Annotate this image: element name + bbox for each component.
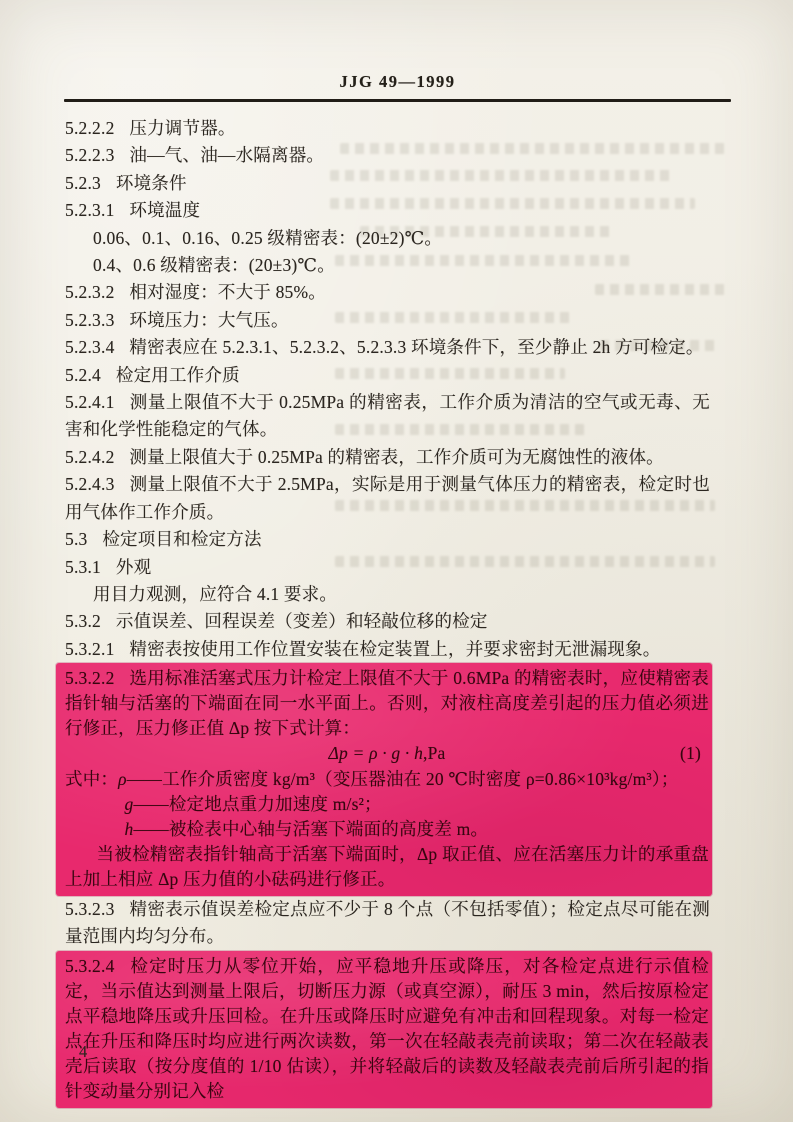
- clause-text: 检定用工作介质: [116, 365, 240, 385]
- clause-5-3: 5.3检定项目和检定方法: [65, 526, 710, 553]
- clause-text: 精密表示值误差检定点应不少于 8 个点（不包括零值）；检定点尽可能在测量范围内均…: [65, 899, 710, 946]
- clause-text: 检定时压力从零位开始，应平稳地升压或降压，对各检定点进行示值检定，当示值达到测量…: [65, 956, 709, 1101]
- document-body: 5.2.2.2压力调节器。 5.2.2.3油—气、油—水隔离器。 5.2.3环境…: [65, 115, 710, 1108]
- symbol-definition-g: g——检定地点重力加速度 m/s²；: [125, 792, 710, 817]
- clause-text: 测量上限值大于 0.25MPa 的精密表，工作介质可为无腐蚀性的液体。: [129, 447, 663, 467]
- equation-number: (1): [680, 741, 701, 766]
- clause-5-2-3-1: 5.2.3.1环境温度: [65, 197, 710, 224]
- correction-note: 当被检精密表指针轴高于活塞下端面时，Δp 取正值、应在活塞压力计的承重盘上加上相…: [65, 842, 709, 892]
- clause-5-2-3: 5.2.3环境条件: [65, 170, 710, 197]
- clause-5-3-2-4: 5.3.2.4检定时压力从零位开始，应平稳地升压或降压，对各检定点进行示值检定，…: [65, 954, 709, 1105]
- clause-number: 5.3.2.2: [65, 668, 115, 688]
- clause-number: 5.2.3.4: [65, 337, 115, 357]
- header-rule: [64, 99, 731, 102]
- clause-text: 精密表应在 5.2.3.1、5.2.3.2、5.2.3.3 环境条件下，至少静止…: [129, 337, 703, 357]
- clause-number: 5.2.4.1: [65, 392, 115, 412]
- clause-number: 5.3: [65, 529, 87, 549]
- clause-number: 5.3.1: [65, 557, 101, 577]
- clause-number: 5.3.2.3: [65, 899, 115, 919]
- clause-text: 相对湿度：不大于 85%。: [129, 282, 326, 302]
- accuracy-class-temp-line-2: 0.4、0.6 级精密表：(20±3)℃。: [65, 252, 710, 279]
- clause-number: 5.3.2.4: [65, 956, 115, 976]
- symbol-definition-h: h——被检表中心轴与活塞下端面的高度差 m。: [125, 817, 710, 842]
- definition-text: ——被检表中心轴与活塞下端面的高度差 m。: [133, 819, 488, 839]
- clause-number: 5.3.2: [65, 611, 101, 631]
- symbol-rho: ρ: [118, 769, 127, 789]
- clause-5-3-2-3: 5.3.2.3精密表示值误差检定点应不少于 8 个点（不包括零值）；检定点尽可能…: [65, 896, 710, 951]
- clause-5-2-4-2: 5.2.4.2测量上限值大于 0.25MPa 的精密表，工作介质可为无腐蚀性的液…: [65, 444, 710, 471]
- clause-number: 5.2.2.2: [65, 118, 115, 138]
- clause-number: 5.2.4.2: [65, 447, 115, 467]
- page-header: JJG 49—1999: [64, 72, 731, 102]
- clause-5-2-2-2: 5.2.2.2压力调节器。: [65, 115, 710, 142]
- clause-5-3-2-1: 5.3.2.1精密表按使用工作位置安装在检定装置上，并要求密封无泄漏现象。: [65, 636, 710, 663]
- clause-number: 5.2.3.1: [65, 200, 115, 220]
- clause-number: 5.2.3.2: [65, 282, 115, 302]
- clause-5-2-3-2: 5.2.3.2相对湿度：不大于 85%。: [65, 279, 710, 306]
- clause-text: 环境压力：大气压。: [129, 310, 288, 330]
- pressure-correction-formula: Δp = ρ · g · h,Pa(1): [65, 741, 709, 766]
- clause-text: 测量上限值不大于 2.5MPa，实际是用于测量气体压力的精密表，检定时也用气体作…: [65, 474, 710, 521]
- clause-5-2-4-1: 5.2.4.1测量上限值不大于 0.25MPa 的精密表，工作介质为清洁的空气或…: [65, 389, 710, 444]
- clause-5-3-1: 5.3.1外观: [65, 554, 710, 581]
- clause-5-2-3-4: 5.2.3.4精密表应在 5.2.3.1、5.2.3.2、5.2.3.3 环境条…: [65, 334, 710, 361]
- clause-number: 5.2.3: [65, 173, 101, 193]
- clause-number: 5.3.2.1: [65, 639, 115, 659]
- clause-5-2-4: 5.2.4检定用工作介质: [65, 362, 710, 389]
- clause-text: 选用标准活塞式压力计检定上限值不大于 0.6MPa 的精密表时，应使精密表指针轴…: [65, 668, 709, 738]
- clause-number: 5.2.2.3: [65, 145, 115, 165]
- symbol-definition-rho: 式中：ρ——工作介质密度 kg/m³（变压器油在 20 ℃时密度 ρ=0.86×…: [65, 767, 709, 792]
- clause-text: 检定项目和检定方法: [102, 529, 261, 549]
- clause-5-3-2-2: 5.3.2.2选用标准活塞式压力计检定上限值不大于 0.6MPa 的精密表时，应…: [65, 666, 709, 741]
- definition-text: ——检定地点重力加速度 m/s²；: [133, 794, 381, 814]
- where-label: 式中：: [65, 769, 118, 789]
- clause-text: 环境温度: [129, 200, 200, 220]
- clause-text: 油—气、油—水隔离器。: [129, 145, 324, 165]
- clause-text: 测量上限值不大于 0.25MPa 的精密表，工作介质为清洁的空气或无毒、无害和化…: [65, 392, 710, 439]
- visual-inspection-line: 用目力观测，应符合 4.1 要求。: [65, 581, 710, 608]
- page-number: 4: [79, 1042, 87, 1062]
- clause-text: 外观: [116, 557, 151, 577]
- clause-text: 精密表按使用工作位置安装在检定装置上，并要求密封无泄漏现象。: [129, 639, 660, 659]
- definition-text: ——工作介质密度 kg/m³（变压器油在 20 ℃时密度 ρ=0.86×10³k…: [127, 769, 679, 789]
- highlighted-clause-5-3-2-4: 5.3.2.4检定时压力从零位开始，应平稳地升压或降压，对各检定点进行示值检定，…: [56, 951, 712, 1109]
- clause-5-3-2: 5.3.2示值误差、回程误差（变差）和轻敲位移的检定: [65, 608, 710, 635]
- clause-text: 示值误差、回程误差（变差）和轻敲位移的检定: [116, 611, 488, 631]
- clause-5-2-4-3: 5.2.4.3测量上限值不大于 2.5MPa，实际是用于测量气体压力的精密表，检…: [65, 471, 710, 526]
- formula-expression: Δp = ρ · g · h: [328, 743, 423, 763]
- clause-5-2-3-3: 5.2.3.3环境压力：大气压。: [65, 307, 710, 334]
- clause-text: 环境条件: [116, 173, 187, 193]
- clause-number: 5.2.3.3: [65, 310, 115, 330]
- clause-5-2-2-3: 5.2.2.3油—气、油—水隔离器。: [65, 142, 710, 169]
- accuracy-class-temp-line-1: 0.06、0.1、0.16、0.25 级精密表：(20±2)℃。: [65, 225, 710, 252]
- clause-number: 5.2.4.3: [65, 474, 115, 494]
- scanned-document-page: JJG 49—1999 5.2.2.2压力调节器。 5.2.2.3油—气、油—水…: [0, 0, 793, 1122]
- highlighted-clause-5-3-2-2: 5.3.2.2选用标准活塞式压力计检定上限值不大于 0.6MPa 的精密表时，应…: [56, 663, 712, 896]
- clause-number: 5.2.4: [65, 365, 101, 385]
- clause-text: 压力调节器。: [129, 118, 235, 138]
- formula-unit: ,Pa: [423, 743, 445, 763]
- document-code: JJG 49—1999: [64, 72, 731, 92]
